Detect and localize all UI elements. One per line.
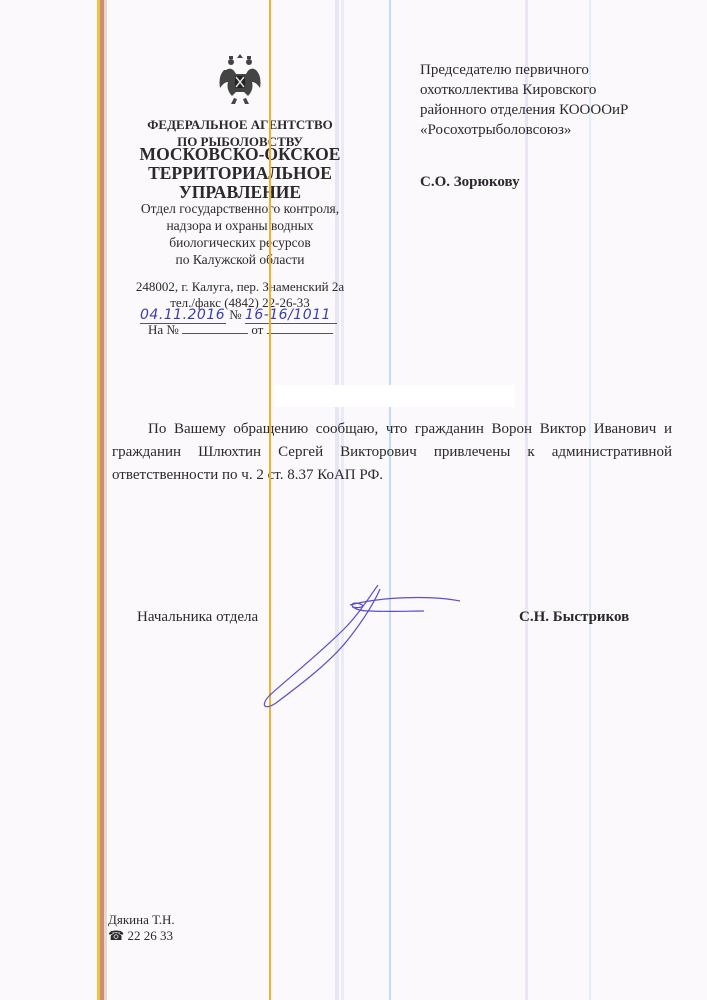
phone-icon: ☎ — [108, 928, 124, 943]
scan-stripe — [589, 0, 591, 1000]
number-label: № — [229, 307, 241, 322]
department-line: биологических ресурсов — [110, 234, 370, 251]
executor-phone: 22 26 33 — [127, 928, 173, 943]
scan-stripe — [104, 0, 107, 1000]
letter-body: По Вашему обращению сообщаю, что граждан… — [112, 418, 672, 487]
postal-address: 248002, г. Калуга, пер. Знаменский 2а — [110, 279, 370, 295]
signatory-name: С.Н. Быстриков — [519, 609, 629, 626]
scan-stripe — [389, 0, 391, 1000]
executor-name: Дякина Т.Н. — [108, 912, 175, 928]
outgoing-number: 16-16/1011 — [245, 307, 331, 323]
addressee-line: охотколлектива Кировского — [420, 80, 628, 100]
double-headed-eagle-emblem — [216, 52, 264, 108]
scan-stripe — [525, 0, 528, 1000]
territorial-line: ТЕРРИТОРИАЛЬНОЕ — [110, 164, 370, 183]
department-line: по Калужской области — [110, 251, 370, 268]
department-name: Отдел государственного контроля, надзора… — [110, 200, 370, 268]
addressee-line: районного отделения КООООиР — [420, 100, 628, 120]
addressee-line: Председателю первичного — [420, 60, 628, 80]
department-line: Отдел государственного контроля, — [110, 200, 370, 217]
reference-line: На № от — [148, 322, 333, 338]
agency-line: ФЕДЕРАЛЬНОЕ АГЕНТСТВО — [110, 116, 370, 133]
addressee-name: С.О. Зорюкову — [420, 174, 520, 191]
addressee-block: Председателю первичного охотколлектива К… — [420, 60, 628, 140]
ref-date-label: от — [251, 322, 263, 337]
scan-stripe — [269, 0, 271, 1000]
addressee-line: «Росохотрыболовсоюз» — [420, 120, 628, 140]
ref-date-blank — [267, 322, 333, 334]
executor-phone-line: ☎ 22 26 33 — [108, 928, 175, 944]
territorial-office-name: МОСКОВСКО-ОКСКОЕ ТЕРРИТОРИАЛЬНОЕ УПРАВЛЕ… — [110, 145, 370, 202]
handwritten-signature — [240, 585, 500, 715]
ref-number-blank — [182, 322, 248, 334]
department-line: надзора и охраны водных — [110, 217, 370, 234]
body-paragraph: По Вашему обращению сообщаю, что граждан… — [112, 418, 672, 487]
outgoing-date: 04.11.2016 — [140, 307, 225, 323]
ref-number-label: На № — [148, 322, 179, 337]
executor-block: Дякина Т.Н. ☎ 22 26 33 — [108, 912, 175, 944]
redacted-area — [275, 385, 515, 407]
territorial-line: МОСКОВСКО-ОКСКОЕ — [110, 145, 370, 164]
